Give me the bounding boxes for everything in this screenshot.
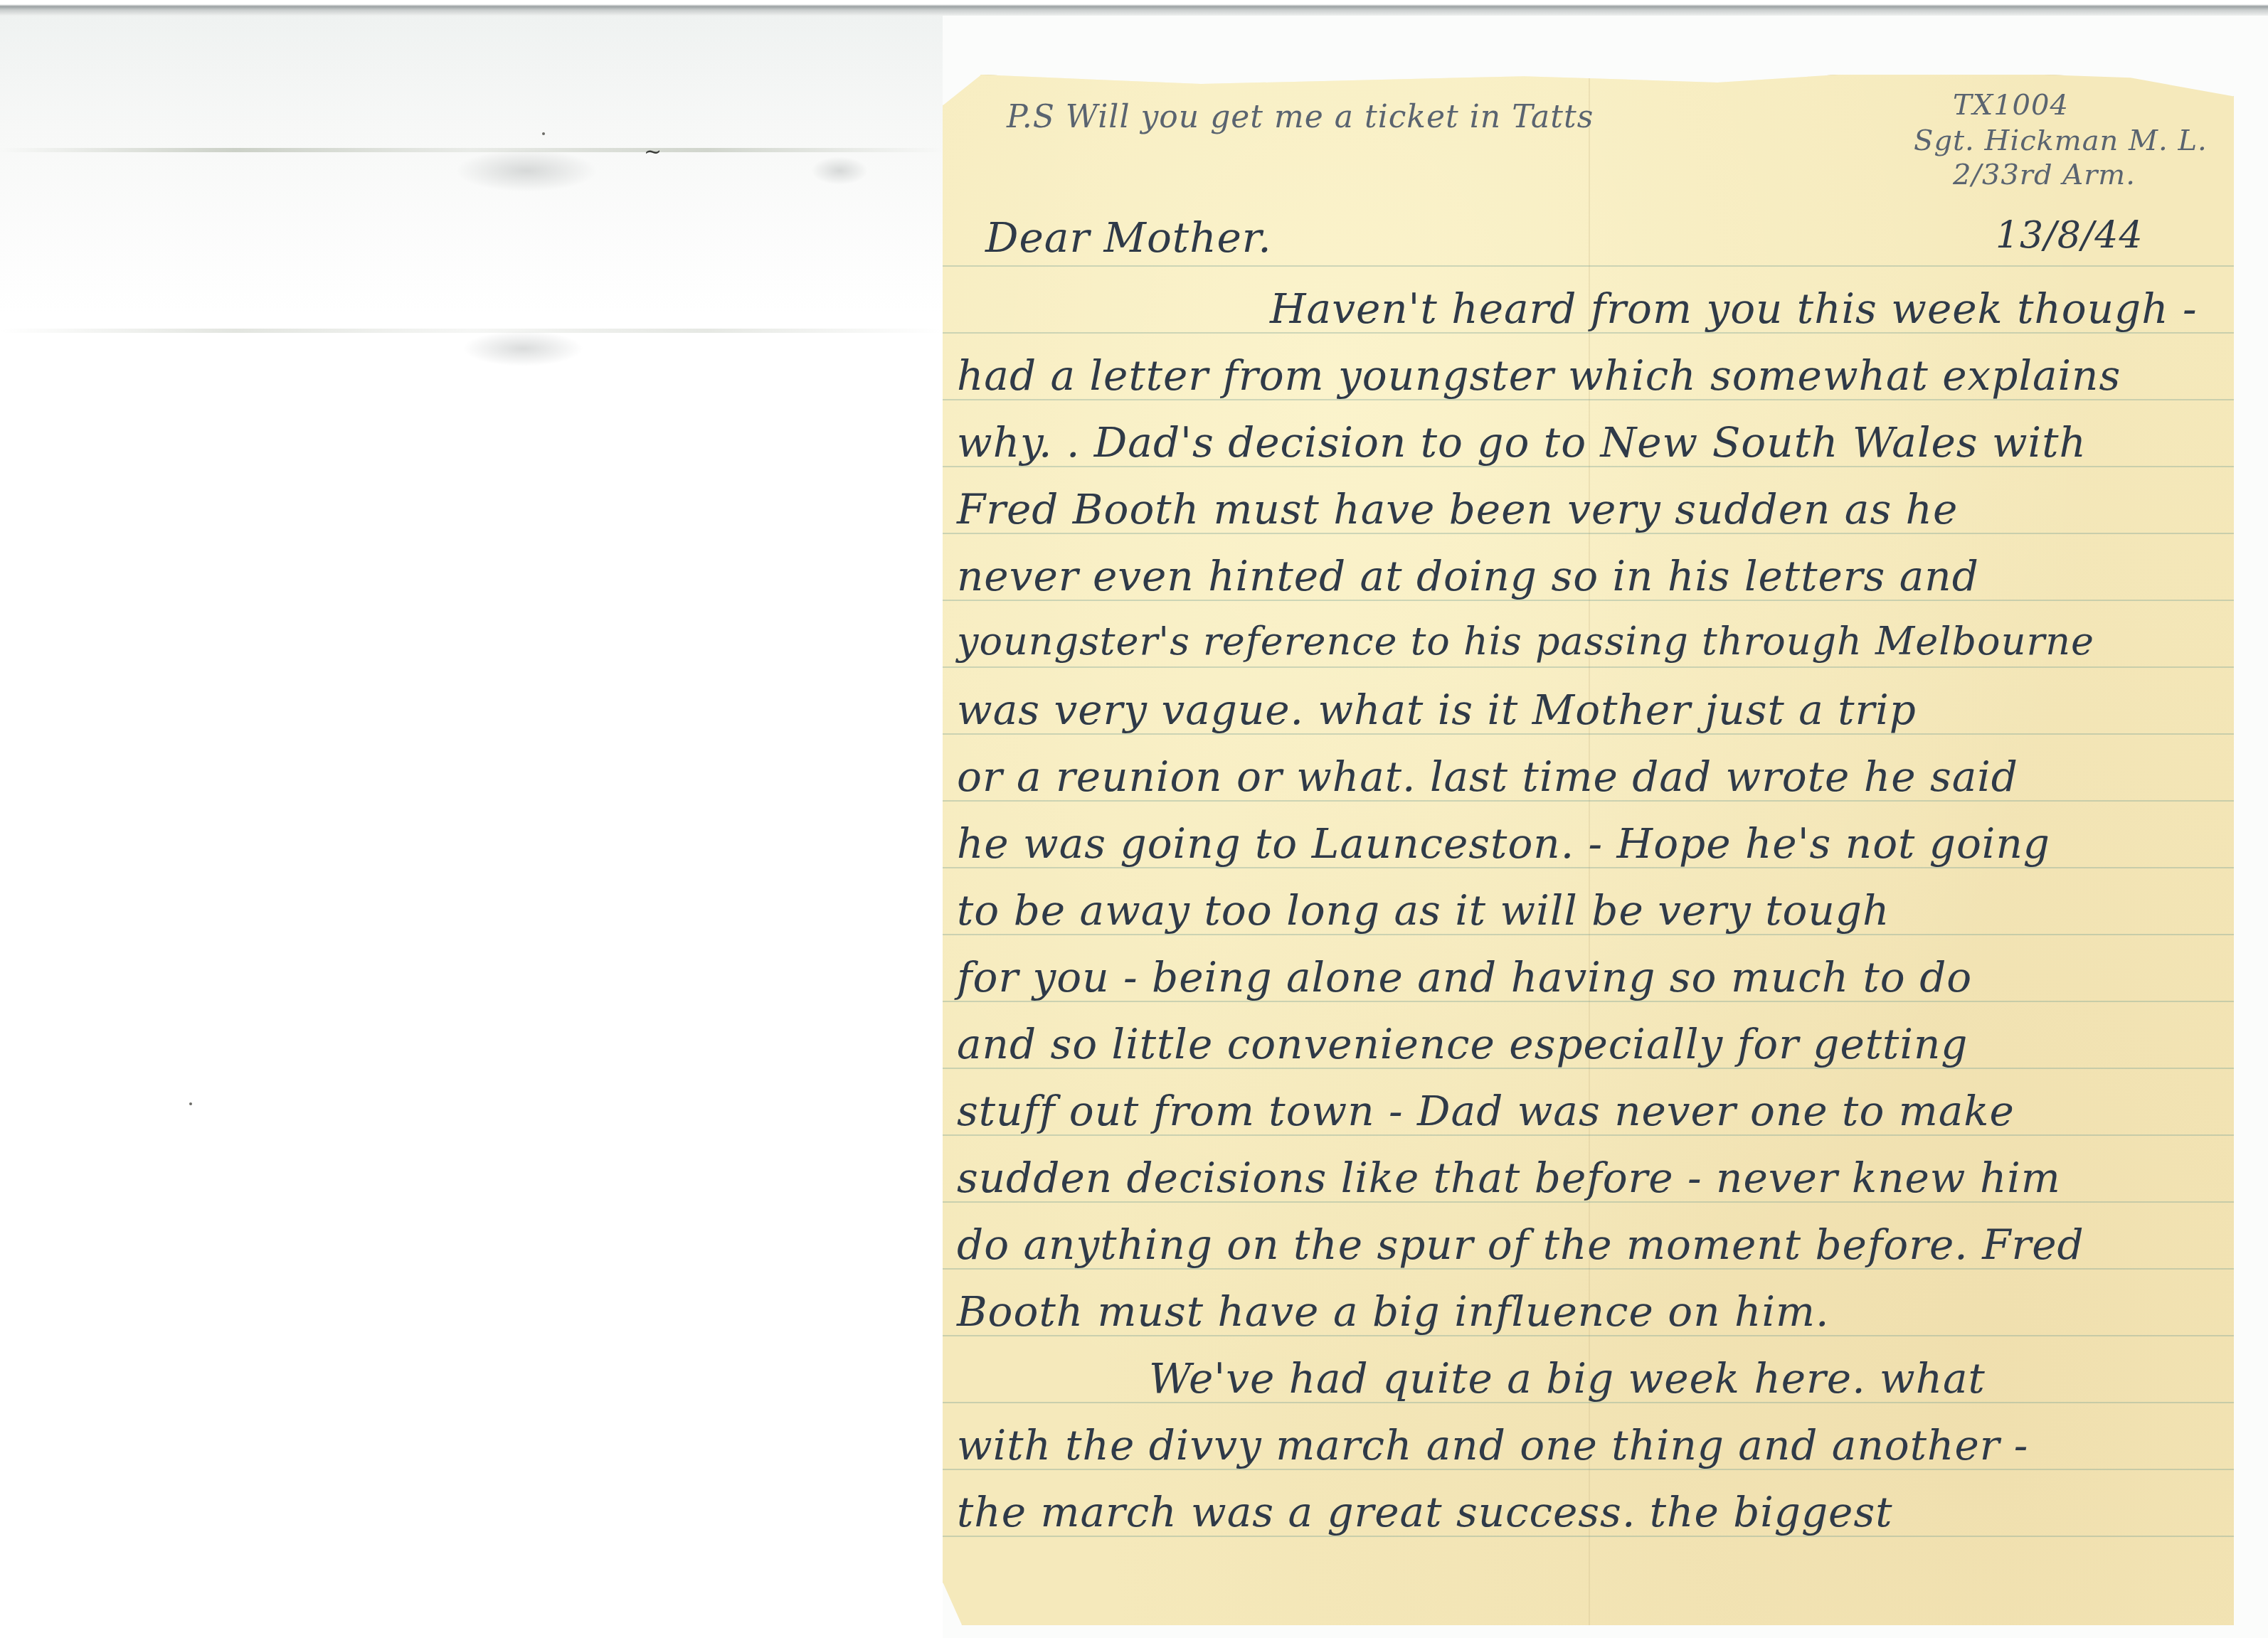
body-line: the march was a great success. the bigge… — [957, 1491, 1893, 1533]
scan-background — [0, 16, 943, 1638]
body-line: why. . Dad's decision to go to New South… — [957, 422, 2087, 463]
body-line: sudden decisions like that before - neve… — [957, 1157, 2061, 1198]
letter-page: P.S Will you get me a ticket in Tatts TX… — [943, 75, 2234, 1625]
body-line: youngster's reference to his passing thr… — [957, 622, 2094, 661]
body-line: We've had quite a big week here. what — [1149, 1358, 1986, 1399]
body-line: had a letter from youngster which somewh… — [957, 355, 2121, 396]
body-line: stuff out from town - Dad was never one … — [957, 1090, 2015, 1132]
salutation: Dear Mother. — [985, 217, 1272, 258]
letter-date: 13/8/44 — [1996, 217, 2143, 254]
scan-blot — [455, 149, 598, 192]
scanner-top-shadow — [0, 0, 2268, 16]
body-line: Haven't heard from you this week though … — [1270, 288, 2198, 329]
body-line: to be away too long as it will be very t… — [957, 890, 1890, 931]
speck — [542, 132, 545, 135]
scan-smudge — [0, 329, 943, 333]
scan-smudge — [0, 148, 943, 152]
speck — [189, 1102, 192, 1105]
scan-blot — [811, 156, 868, 185]
body-line: and so little convenience especially for… — [957, 1023, 1968, 1065]
body-line: with the divvy march and one thing and a… — [957, 1425, 2028, 1466]
ruled-line — [943, 265, 2234, 267]
body-line: he was going to Launceston. - Hope he's … — [957, 823, 2050, 864]
body-line: Fred Booth must have been very sudden as… — [957, 489, 1958, 530]
postscript: P.S Will you get me a ticket in Tatts — [1007, 99, 1594, 135]
body-line: do anything on the spur of the moment be… — [957, 1224, 2084, 1265]
scan-blot — [462, 331, 583, 366]
service-number: TX1004 — [1953, 89, 2069, 122]
body-line: was very vague. what is it Mother just a… — [957, 689, 1917, 730]
sender-unit: 2/33rd Arm. — [1953, 159, 2136, 191]
ruled-line — [943, 666, 2234, 668]
body-line: Booth must have a big influence on him. — [957, 1291, 1829, 1332]
body-line: for you - being alone and having so much… — [957, 957, 1972, 998]
body-line: or a reunion or what. last time dad wrot… — [957, 756, 2018, 797]
sender-name: Sgt. Hickman M. L. — [1914, 124, 2208, 157]
body-line: never even hinted at doing so in his let… — [957, 555, 1979, 597]
ink-mark: ~ — [644, 139, 662, 164]
